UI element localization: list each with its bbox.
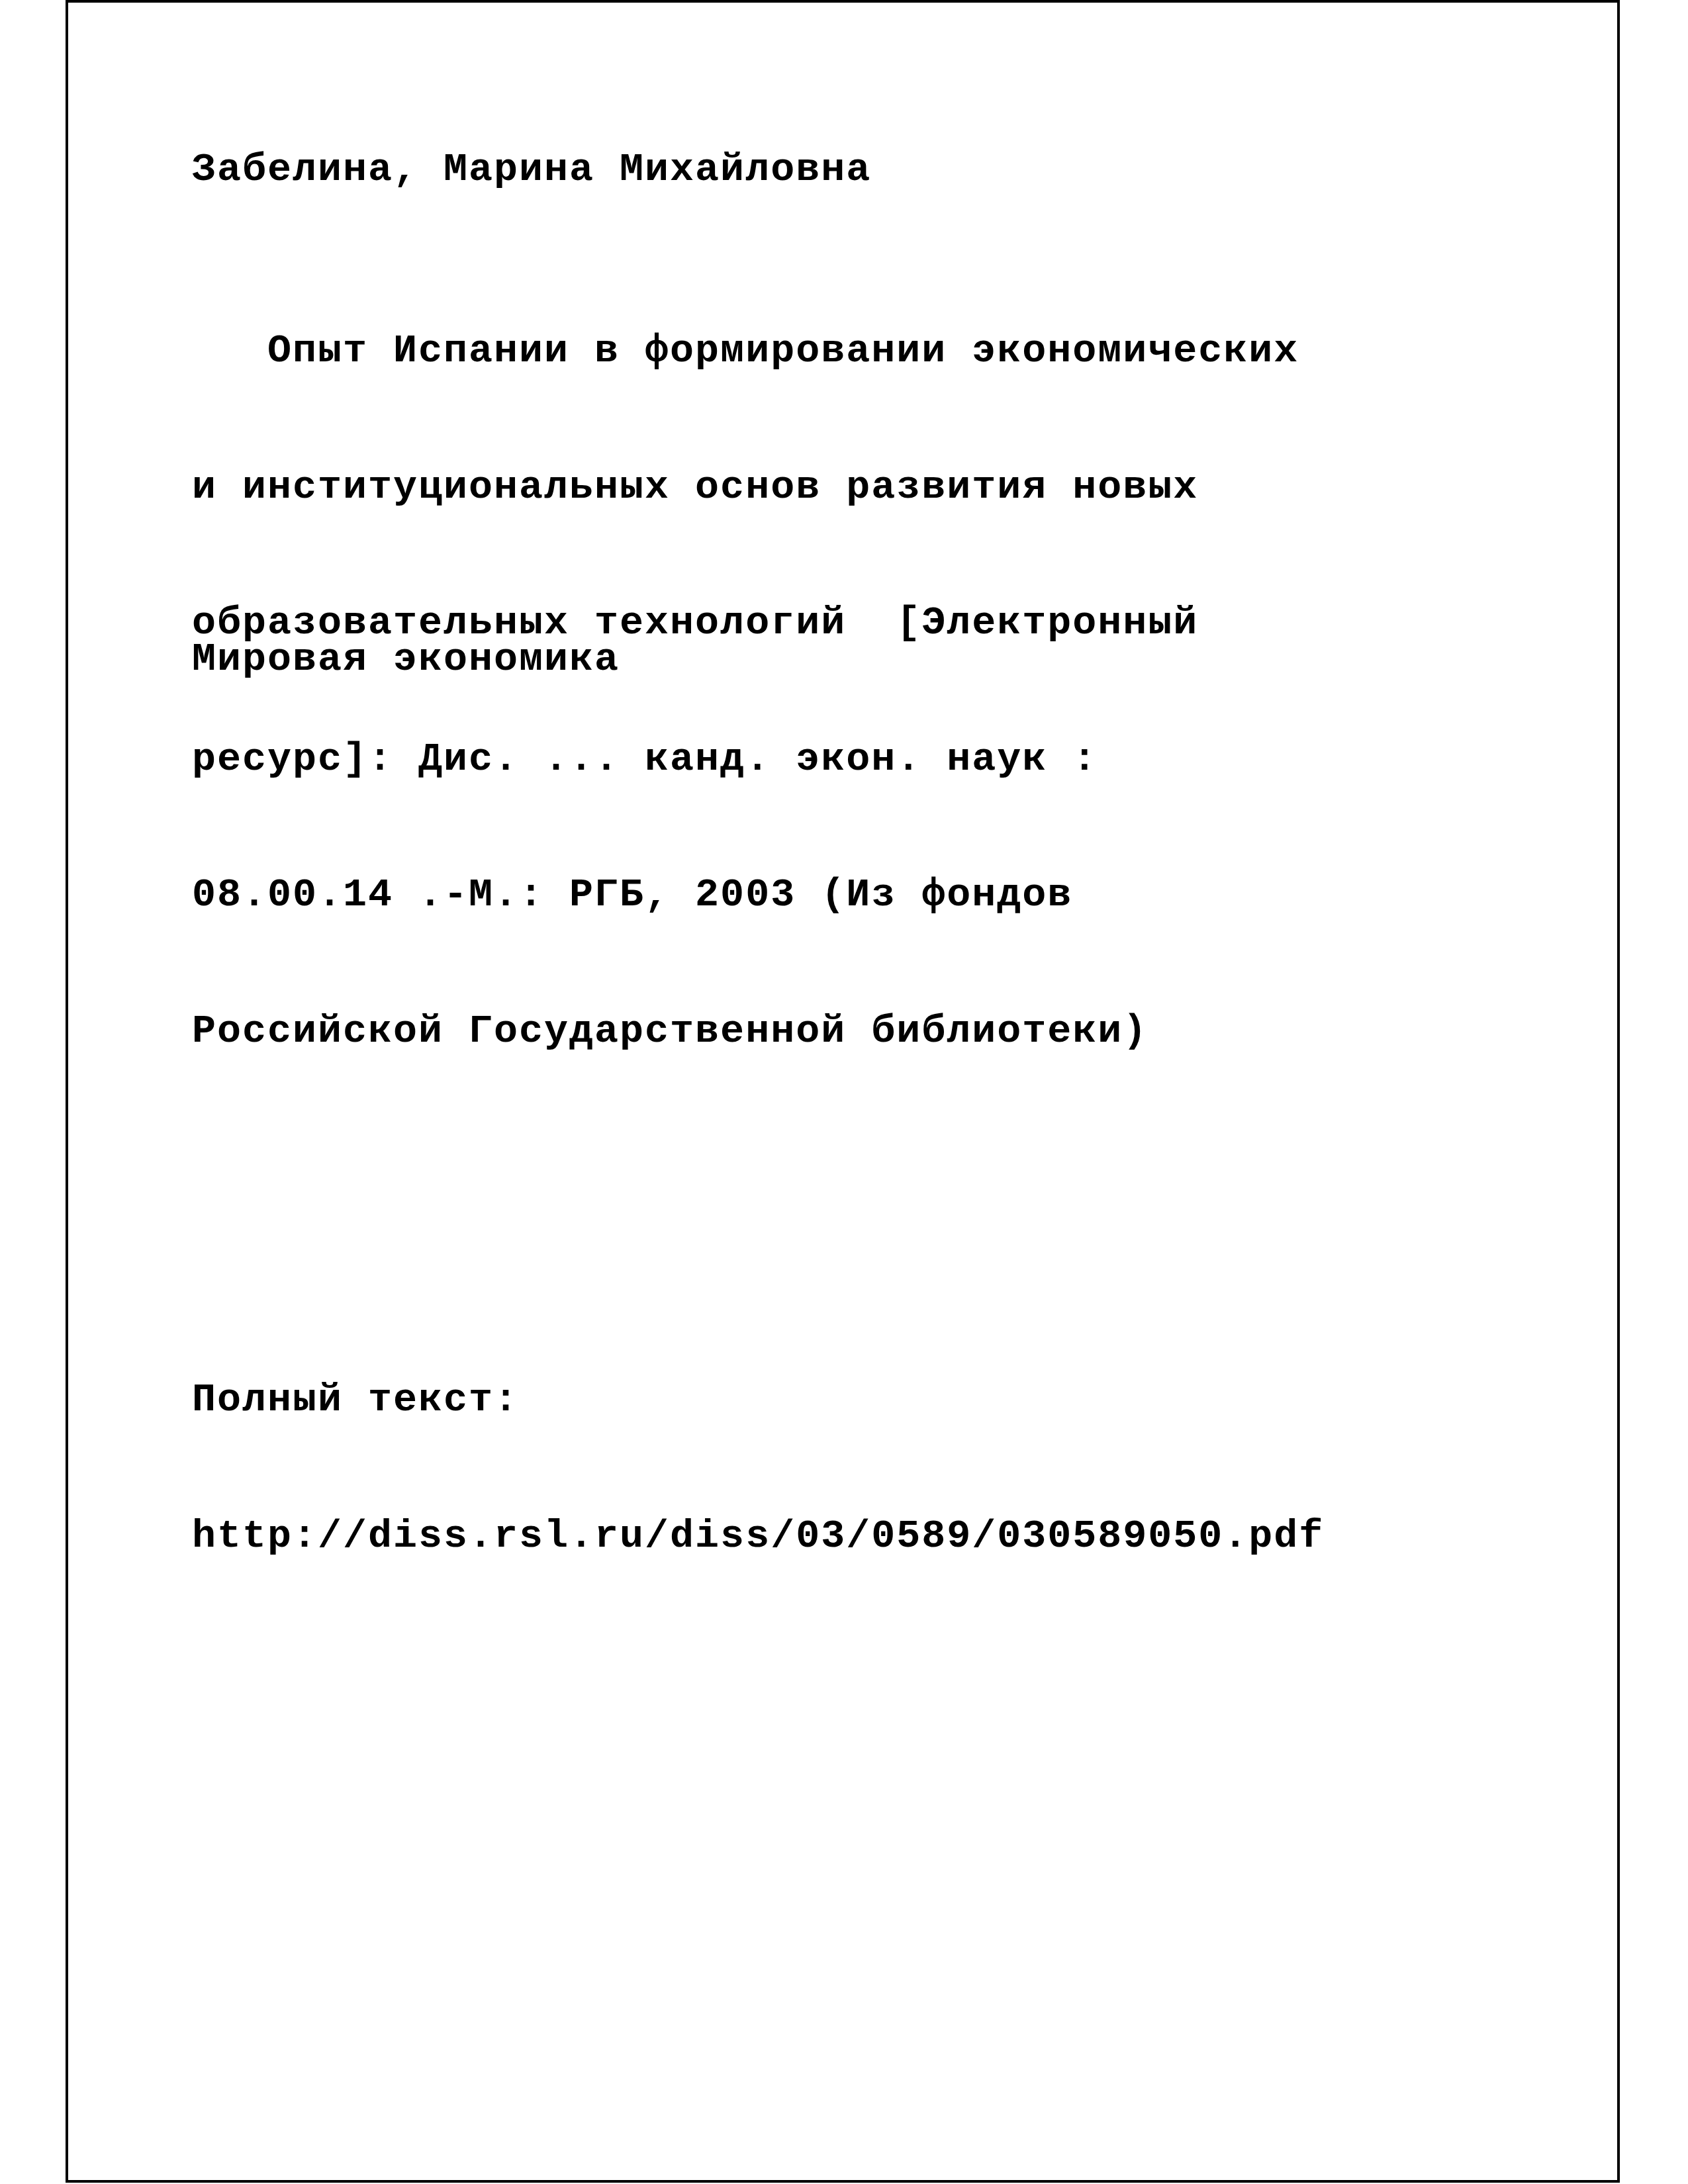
scanned-record-page: Забелина, Марина Михайловна Опыт Испании… xyxy=(0,0,1688,2184)
full-text-block: Полный текст: http://diss.rsl.ru/diss/03… xyxy=(192,1287,1324,1650)
title-line: и институциональных основ развития новых xyxy=(192,465,1299,511)
author-line: Забелина, Марина Михайловна xyxy=(192,148,871,193)
title-paragraph: Опыт Испании в формировании экономически… xyxy=(192,238,1299,1145)
full-text-url: http://diss.rsl.ru/diss/03/0589/03058905… xyxy=(192,1514,1324,1560)
title-line: Российской Государственной библиотеки) xyxy=(192,1009,1299,1055)
title-line: ресурс]: Дис. ... канд. экон. наук : xyxy=(192,737,1299,783)
subject-line: Мировая экономика xyxy=(192,637,620,683)
full-text-label: Полный текст: xyxy=(192,1378,1324,1424)
title-line: Опыт Испании в формировании экономически… xyxy=(192,329,1299,375)
title-line: 08.00.14 .-М.: РГБ, 2003 (Из фондов xyxy=(192,873,1299,919)
